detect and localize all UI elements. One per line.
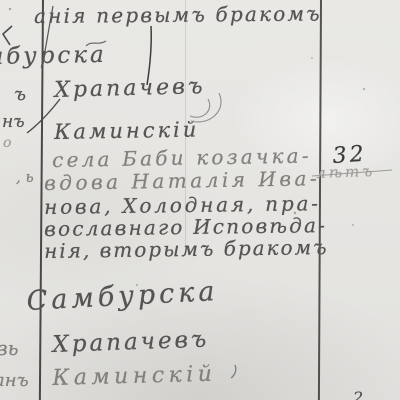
handwritten-line: Храпачевъ bbox=[52, 329, 210, 357]
speckle bbox=[352, 224, 354, 226]
partial-corner-numeral: 2 bbox=[353, 390, 363, 400]
age-unit: лѣтъ bbox=[316, 164, 376, 181]
handwritten-line: Самбурска bbox=[26, 278, 219, 315]
handwritten-fragment: нъ bbox=[2, 114, 25, 131]
handwritten-line: Храпачевъ bbox=[54, 76, 206, 102]
handwritten-fragment: ъ bbox=[14, 86, 26, 104]
margin-mark: о bbox=[3, 136, 11, 150]
apostrophe-mark bbox=[231, 365, 236, 378]
handwritten-line: Каминскій bbox=[52, 364, 217, 390]
document-scan: анія первымъ бракомъ мбурска ъ Храпачевъ… bbox=[0, 0, 400, 400]
speckle bbox=[363, 88, 365, 90]
handwritten-line: вдова Наталія Ива- bbox=[44, 168, 320, 193]
speckle bbox=[311, 57, 313, 59]
handwritten-line: Каминскій bbox=[54, 119, 199, 143]
handwritten-line: нія, вторымъ бракомъ bbox=[44, 237, 329, 261]
handwritten-fragment: вь bbox=[0, 338, 19, 358]
margin-mark: , ь bbox=[16, 170, 34, 185]
speckle bbox=[9, 8, 11, 10]
handwritten-fragment: анъ bbox=[0, 372, 29, 390]
handwritten-line: анія первымъ бракомъ bbox=[34, 3, 322, 26]
handwritten-line: мбурска bbox=[0, 44, 107, 69]
left-edge-mark bbox=[3, 26, 12, 45]
